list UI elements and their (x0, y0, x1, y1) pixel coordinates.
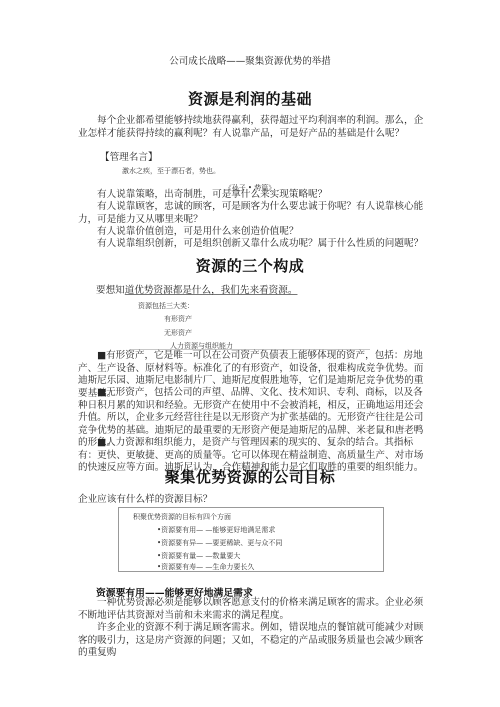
question-1: 有人说靠策略，出奇制胜，可是拿什么来实现策略呢？ (78, 189, 428, 202)
quote-label: 【管理名言】 (100, 152, 158, 165)
question-2: 有人说靠顾客，忠诚的顾客，可是顾客为什么要忠诚于你呢？有人说靠核心能力，可是能力… (78, 201, 428, 226)
useful-paragraph-2: 许多企业的资源不利于满足顾客需求。例如，错误地点的餐馆就可能减少对顾客的吸引力，… (78, 622, 428, 660)
goals-box-title: 积聚优势资源的目标有四个方面 (133, 512, 231, 522)
category-intangible: 无形资产 (164, 328, 192, 338)
quote-text: 激水之疾，至于漂石者，势也。 (122, 166, 220, 176)
section-heading-three-components: 资源的三个构成 (0, 255, 500, 276)
lead-prefix: 要想知 (96, 285, 125, 296)
section-heading-profit-basis: 资源是利润的基础 (0, 88, 500, 109)
section-heading-company-goals: 聚集优势资源的公司目标 (0, 466, 500, 487)
goal-item-useful: •资源要有用— —能够更好地满足需求 (157, 525, 275, 535)
lead-underlined: 道优势资源都是什么，我们先来看资源。 (125, 285, 298, 296)
goals-box: 积聚优势资源的目标有四个方面 •资源要有用— —能够更好地满足需求 •资源要有异… (118, 507, 384, 572)
goal-item-distinct: •资源要有异— —要更稀缺、更与众不同 (157, 538, 282, 548)
goal-item-longevity: •资源要有寿— —生命力要长久 (157, 562, 254, 572)
question-3: 有人说靠价值创造，可是用什么来创造价值呢？ (78, 226, 428, 239)
goals-question: 企业应该有什么样的资源目标？ (78, 494, 212, 507)
question-4: 有人说靠组织创新，可是组织创新又靠什么成功呢？属于什么性质的问题呢？ (78, 238, 428, 251)
document-title: 公司成长战略——聚集资源优势的举措 (0, 53, 500, 67)
resources-lead: 要想知道优势资源都是什么，我们先来看资源。 (96, 285, 297, 298)
goal-item-quantity: •资源要有量— —数量要大 (157, 551, 240, 561)
categories-label: 资源包括三大类： (138, 301, 194, 311)
intro-paragraph: 每个企业都希望能够持续地获得赢利，获得超过平均利润率的利润。那么，企业怎样才能获… (78, 115, 428, 140)
category-tangible: 有形资产 (164, 314, 192, 324)
useful-paragraph-1: 一种优势资源必须是能够以顾客愿意支付的价格来满足顾客的需求。企业必须不断地评估其… (78, 597, 428, 622)
